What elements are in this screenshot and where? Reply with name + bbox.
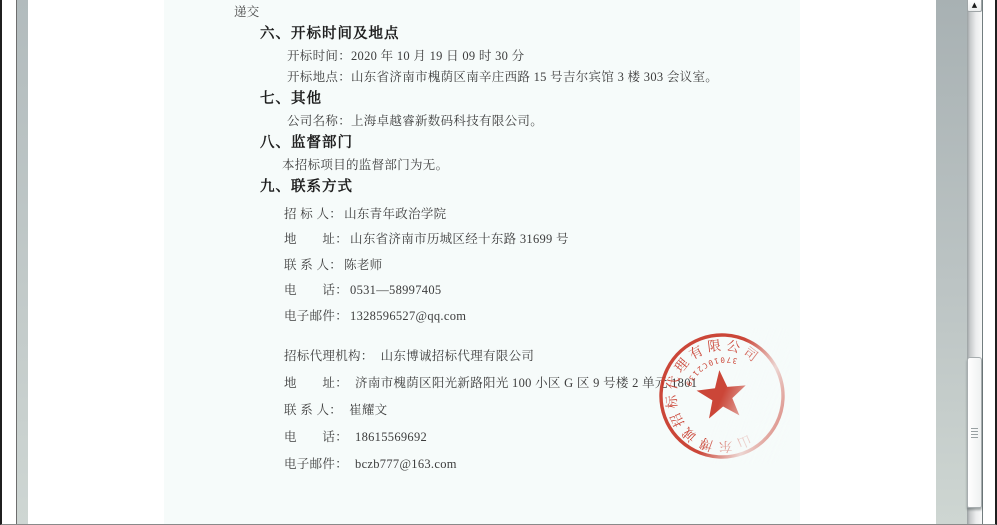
contact-label: 电子邮件： — [284, 457, 348, 471]
supervision-line: 本招标项目的监督部门为无。 — [282, 157, 800, 173]
scroll-up-icon: ▲ — [972, 2, 977, 9]
opening-place-line: 开标地点：山东省济南市槐荫区南辛庄西路 15 号吉尔宾馆 3 楼 303 会议室… — [287, 69, 800, 85]
section-6-heading: 六、开标时间及地点 — [260, 25, 800, 43]
contact-label: 联 系 人： — [284, 403, 342, 417]
left-margin-panel — [2, 0, 17, 524]
contact-row: 电子邮件：1328596527@qq.com — [284, 308, 800, 324]
right-margin-panel — [983, 0, 997, 524]
vertical-scrollbar[interactable]: ▲ — [967, 0, 983, 524]
contact-value: 崔耀文 — [349, 403, 387, 417]
contact-label: 电子邮件： — [284, 309, 348, 323]
contact-label: 招 标 人： — [284, 207, 342, 221]
viewer-background-left — [17, 0, 28, 524]
scroll-up-button[interactable]: ▲ — [967, 0, 982, 12]
contact-label: 招标代理机构： — [284, 349, 374, 363]
contact-label: 地 址： — [284, 232, 348, 246]
viewer-background-right — [936, 0, 967, 524]
tenderer-contact-block: 招 标 人：山东青年政治学院 地 址：山东省济南市历城区经十东路 31699 号… — [164, 206, 800, 324]
thumb-grip-icon — [971, 434, 978, 435]
section-9-heading: 九、联系方式 — [260, 178, 800, 196]
contact-value: 济南市槐荫区阳光新路阳光 100 小区 G 区 9 号楼 2 单元 1801 — [355, 376, 697, 390]
contact-row: 招 标 人：山东青年政治学院 — [284, 206, 800, 222]
scrollbar-thumb[interactable] — [967, 357, 982, 508]
document-viewer-window: 递交 六、开标时间及地点 开标时间：2020 年 10 月 19 日 09 时 … — [0, 0, 997, 525]
contact-row: 联 系 人：陈老师 — [284, 257, 800, 273]
thumb-grip-icon — [971, 428, 978, 429]
contact-value: 1328596527@qq.com — [350, 309, 466, 323]
scanned-page-image: 递交 六、开标时间及地点 开标时间：2020 年 10 月 19 日 09 时 … — [164, 0, 800, 524]
contact-row: 电 话：0531—58997405 — [284, 282, 800, 298]
contact-value: 山东青年政治学院 — [344, 207, 446, 221]
opening-time-line: 开标时间：2020 年 10 月 19 日 09 时 30 分 — [287, 48, 800, 64]
contact-row: 地 址：山东省济南市历城区经十东路 31699 号 — [284, 231, 800, 247]
contact-value: 0531—58997405 — [350, 283, 441, 297]
contact-label: 电 话： — [284, 430, 348, 444]
seal-fade-overlay — [654, 328, 790, 464]
section-8-heading: 八、监督部门 — [260, 134, 800, 152]
contact-value: 陈老师 — [344, 258, 382, 272]
contact-label: 电 话： — [284, 283, 348, 297]
company-seal-stamp: 山东博诚招标代理有限公司 37010C2139 — [654, 328, 790, 464]
contact-label: 联 系 人： — [284, 258, 342, 272]
contact-label: 地 址： — [284, 376, 348, 390]
thumb-grip-icon — [971, 437, 978, 438]
document-page: 递交 六、开标时间及地点 开标时间：2020 年 10 月 19 日 09 时 … — [28, 0, 936, 524]
company-name-line: 公司名称：上海卓越睿新数码科技有限公司。 — [287, 113, 800, 129]
contact-value: 18615569692 — [355, 430, 427, 444]
contact-value: 山东省济南市历城区经十东路 31699 号 — [350, 232, 569, 246]
contact-value: bczb777@163.com — [355, 457, 457, 471]
section-7-heading: 七、其他 — [260, 90, 800, 108]
contact-value: 山东博诚招标代理有限公司 — [381, 349, 535, 363]
paragraph-fragment: 递交 — [234, 4, 800, 20]
document-content: 递交 六、开标时间及地点 开标时间：2020 年 10 月 19 日 09 时 … — [164, 4, 800, 525]
thumb-grip-icon — [971, 431, 978, 432]
